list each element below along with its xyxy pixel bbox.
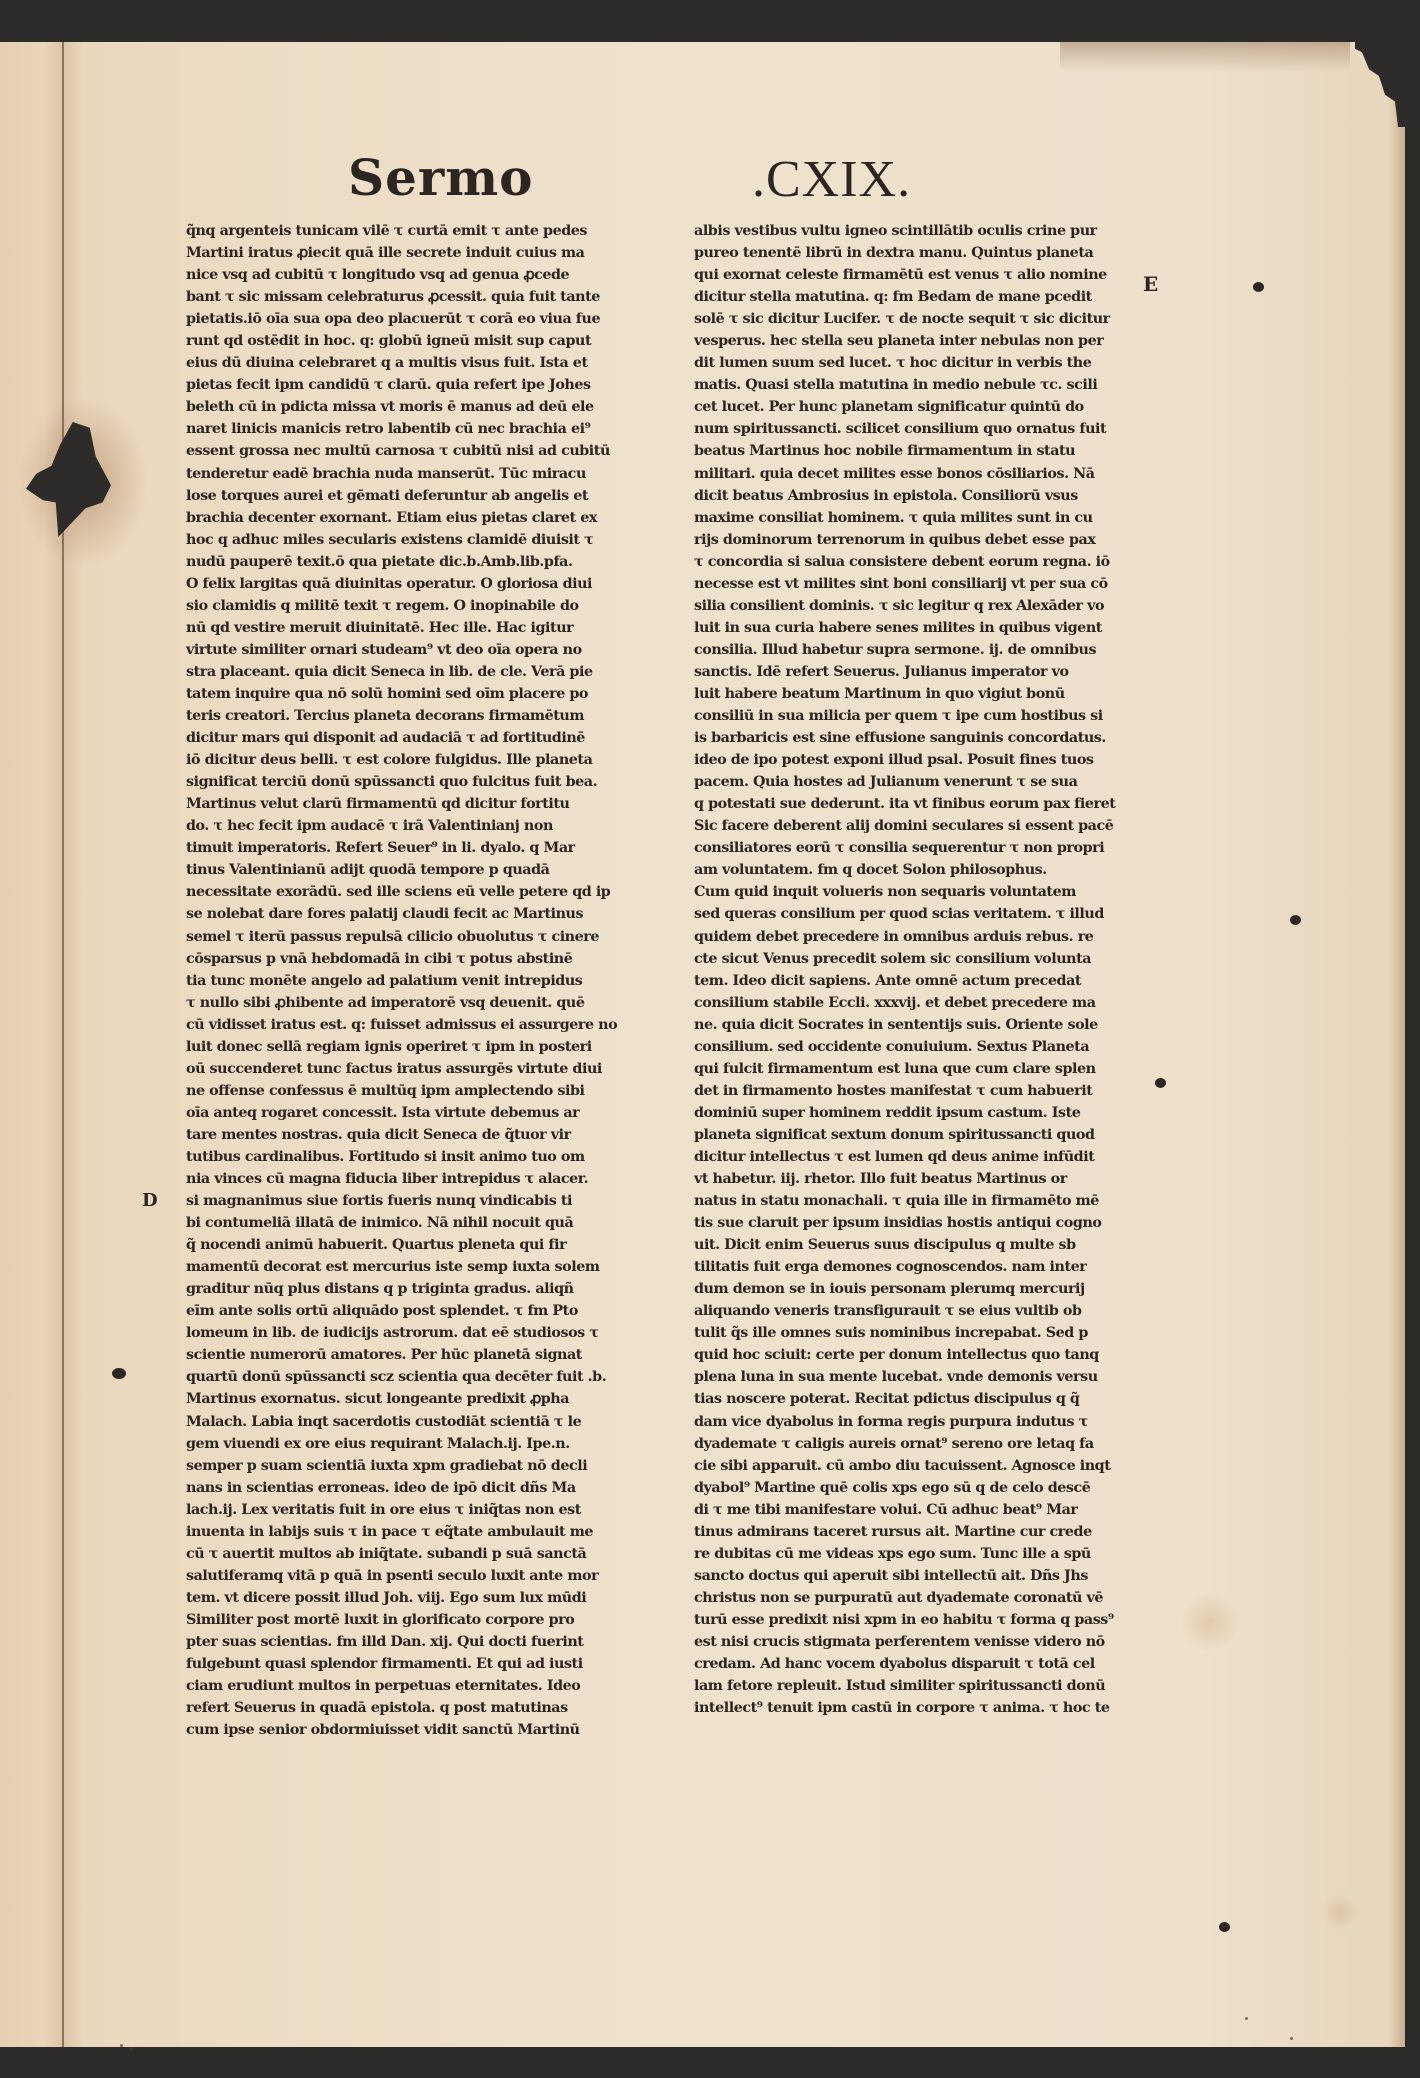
text-line: ideo de ipo potest exponi illud psal. Po… <box>694 749 1154 771</box>
text-line: τ nullo sibi ꝓhibente ad imperatorē vsq … <box>186 992 656 1014</box>
ink-dot <box>1155 1078 1166 1088</box>
text-line: credam. Ad hanc vocem dyabolus disparuit… <box>694 1653 1154 1675</box>
text-line: timuit imperatoris. Refert Seuer⁹ in li.… <box>186 837 656 859</box>
text-line: est nisi crucis stigmata perferentem ven… <box>694 1631 1154 1653</box>
text-line: sio clamidis q militē texit τ regem. O i… <box>186 595 656 617</box>
text-line: inuenta in labijs suis τ in pace τ eq̃ta… <box>186 1521 656 1543</box>
text-line: sancto doctus qui aperuit sibi intellect… <box>694 1565 1154 1587</box>
running-title: Sermo <box>348 148 534 207</box>
text-line: tilitatis fuit erga demones cognoscendos… <box>694 1256 1154 1278</box>
text-line: nū qd vestire meruit diuinitatē. Hec ill… <box>186 617 656 639</box>
text-line: cōsparsus p vnā hebdomadā in cibi τ potu… <box>186 948 656 970</box>
text-column-right: albis vestibus vultu igneo scintillātib … <box>694 220 1154 1719</box>
text-line: virtute similiter ornari studeam⁹ vt deo… <box>186 639 656 661</box>
text-line: q̃ nocendi animū habuerit. Quartus plene… <box>186 1234 656 1256</box>
text-line: si magnanimus siue fortis fueris nunq vi… <box>186 1190 656 1212</box>
text-line: num spiritussancti. scilicet consilium q… <box>694 418 1154 440</box>
text-line: tatem inquire qua nō solū homini sed oīm… <box>186 683 656 705</box>
text-line: qui exornat celeste firmamētū est venus … <box>694 264 1154 286</box>
text-line: teris creatori. Tercius planeta decorans… <box>186 705 656 727</box>
text-line: tia tunc monēte angelo ad palatium venit… <box>186 970 656 992</box>
top-edge-stain <box>1060 42 1350 72</box>
text-line: brachia decenter exornant. Etiam eius pi… <box>186 507 656 529</box>
running-title-text: Sermo <box>348 148 534 207</box>
text-line: Martinus velut clarū firmamentū qd dicit… <box>186 793 656 815</box>
text-line: dicitur mars qui disponit ad audaciā τ a… <box>186 727 656 749</box>
text-line: lose torques aurei et gēmati deferuntur … <box>186 485 656 507</box>
text-line: cū τ auertit multos ab iniq̃tate. suband… <box>186 1543 656 1565</box>
text-line: dicitur intellectus τ est lumen qd deus … <box>694 1146 1154 1168</box>
text-line: consilia. Illud habetur supra sermone. i… <box>694 639 1154 661</box>
text-line: bant τ sic missam celebraturus ꝓcessit. … <box>186 286 656 308</box>
text-line: qui fulcit firmamentum est luna que cum … <box>694 1058 1154 1080</box>
text-line: Martini iratus ꝓiecit quā ille secrete i… <box>186 242 656 264</box>
text-line: tem. Ideo dicit sapiens. Ante omnē actum… <box>694 970 1154 992</box>
text-line: sed queras consilium per quod scias veri… <box>694 903 1154 925</box>
text-line: pacem. Quia hostes ad Julianum venerunt … <box>694 771 1154 793</box>
text-line: plena luna in sua mente lucebat. vnde de… <box>694 1366 1154 1388</box>
text-line: iō dicitur deus belli. τ est colore fulg… <box>186 749 656 771</box>
text-line: am voluntatem. fm q docet Solon philosop… <box>694 859 1154 881</box>
text-line: consiliū in sua milicia per quem τ ipe c… <box>694 705 1154 727</box>
text-line: luit donec sellā regiam ignis operiret τ… <box>186 1036 656 1058</box>
text-line: pietatis.iō oīa sua opa deo placuerūt τ … <box>186 308 656 330</box>
text-line: maxime consiliat hominem. τ quia milites… <box>694 507 1154 529</box>
text-line: oū succenderet tunc factus iratus assurg… <box>186 1058 656 1080</box>
text-line: stra placeant. quia dicit Seneca in lib.… <box>186 661 656 683</box>
text-line: aliquando veneris transfigurauit τ se ei… <box>694 1300 1154 1322</box>
text-line: christus non se purpuratū aut dyademate … <box>694 1587 1154 1609</box>
text-line: mamentū decorat est mercurius iste semp … <box>186 1256 656 1278</box>
text-line: dum demon se in iouis personam plerumq m… <box>694 1278 1154 1300</box>
text-line: vesperus. hec stella seu planeta inter n… <box>694 330 1154 352</box>
text-line: hoc q adhuc miles secularis existens cla… <box>186 529 656 551</box>
text-line: fulgebunt quasi splendor firmamenti. Et … <box>186 1653 656 1675</box>
text-line: dominiū super hominem reddit ipsum castu… <box>694 1102 1154 1124</box>
text-line: do. τ hec fecit ipm audacē τ irā Valenti… <box>186 815 656 837</box>
text-line: tare mentes nostras. quia dicit Seneca d… <box>186 1124 656 1146</box>
speck <box>1290 2037 1293 2040</box>
text-line: Sic facere deberent alij domini seculare… <box>694 815 1154 837</box>
text-line: sanctis. Idē refert Seuerus. Julianus im… <box>694 661 1154 683</box>
speck <box>120 2044 123 2047</box>
text-line: planeta significat sextum donum spiritus… <box>694 1124 1154 1146</box>
text-line: eīm ante solis ortū aliquādo post splend… <box>186 1300 656 1322</box>
text-line: tias noscere poterat. Recitat pdictus di… <box>694 1388 1154 1410</box>
text-line: beatus Martinus hoc nobile firmamentum i… <box>694 440 1154 462</box>
text-line: nice vsq ad cubitū τ longitudo vsq ad ge… <box>186 264 656 286</box>
text-line: salutiferamq vitā p quā in psenti seculo… <box>186 1565 656 1587</box>
text-line: q potestati sue dederunt. ita vt finibus… <box>694 793 1154 815</box>
text-line: quartū donū spūssancti scz scientia qua … <box>186 1366 656 1388</box>
text-line: naret linicis manicis retro labentib cū … <box>186 418 656 440</box>
text-line: solē τ sic dicitur Lucifer. τ de nocte s… <box>694 308 1154 330</box>
text-line: nia vinces cū magna fiducia liber intrep… <box>186 1168 656 1190</box>
text-line: vt habetur. iij. rhetor. Illo fuit beatu… <box>694 1168 1154 1190</box>
gutter-fold-line <box>62 42 64 2047</box>
text-line: gem viuendi ex ore eius requirant Malach… <box>186 1433 656 1455</box>
text-line: cte sicut Venus precedit solem sic consi… <box>694 948 1154 970</box>
text-line: nudū pauperē texit.ō qua pietate dic.b.A… <box>186 551 656 573</box>
text-line: rijs dominorum terrenorum in quibus debe… <box>694 529 1154 551</box>
text-line: beleth cū in pdicta missa vt moris ē man… <box>186 396 656 418</box>
margin-letter-d: D <box>142 1190 158 1211</box>
text-line: tinus admirans taceret rursus ait. Marti… <box>694 1521 1154 1543</box>
text-line: di τ me tibi manifestare volui. Cū adhuc… <box>694 1499 1154 1521</box>
text-line: Cum quid inquit volueris non sequaris vo… <box>694 881 1154 903</box>
text-line: q̃nq argenteis tunicam vilē τ curtā emit… <box>186 220 656 242</box>
text-line: luit in sua curia habere senes milites i… <box>694 617 1154 639</box>
text-line: matis. Quasi stella matutina in medio ne… <box>694 374 1154 396</box>
text-line: refert Seuerus in quadā epistola. q post… <box>186 1697 656 1719</box>
text-line: cū vidisset iratus est. q: fuisset admis… <box>186 1014 656 1036</box>
text-line: cum ipse senior obdormiuisset vidit sanc… <box>186 1719 656 1741</box>
text-line: graditur nūq plus distans q p triginta g… <box>186 1278 656 1300</box>
foxing-spot <box>1320 1892 1360 1932</box>
text-line: Similiter post mortē luxit in glorificat… <box>186 1609 656 1631</box>
text-line: ne. quia dicit Socrates in sententijs su… <box>694 1014 1154 1036</box>
text-line: lam fetore repleuit. Istud similiter spi… <box>694 1675 1154 1697</box>
text-line: albis vestibus vultu igneo scintillātib … <box>694 220 1154 242</box>
text-line: scientie numerorū amatores. Per hūc plan… <box>186 1344 656 1366</box>
page-edge-shading <box>1387 42 1405 2047</box>
text-line: cet lucet. Per hunc planetam significatu… <box>694 396 1154 418</box>
text-line: lach.ij. Lex veritatis fuit in ore eius … <box>186 1499 656 1521</box>
text-line: oīa anteq rogaret concessit. Ista virtut… <box>186 1102 656 1124</box>
text-line: intellect⁹ tenuit ipm castū in corpore τ… <box>694 1697 1154 1719</box>
text-line: det in firmamento hostes manifestat τ cu… <box>694 1080 1154 1102</box>
text-line: consilium stabile Eccli. xxxvij. et debe… <box>694 992 1154 1014</box>
text-line: dicit beatus Ambrosius in epistola. Cons… <box>694 485 1154 507</box>
foxing-spot <box>1180 1592 1240 1652</box>
speck <box>130 2047 133 2050</box>
text-line: semper p suam scientiā iuxta xpm gradieb… <box>186 1455 656 1477</box>
text-line: O felix largitas quā diuinitas operatur.… <box>186 573 656 595</box>
text-line: essent grossa nec multū carnosa τ cubitū… <box>186 440 656 462</box>
speck <box>1245 2017 1248 2020</box>
text-line: eius dū diuina celebraret q a multis vis… <box>186 352 656 374</box>
text-line: semel τ iterū passus repulsā cilicio obu… <box>186 926 656 948</box>
text-line: Martinus exornatus. sicut longeante pred… <box>186 1388 656 1410</box>
text-line: consiliatores eorū τ consilia sequerentu… <box>694 837 1154 859</box>
text-line: bi contumeliā illatā de inimico. Nā nihi… <box>186 1212 656 1234</box>
ink-dot <box>1253 282 1264 292</box>
text-line: tis sue claruit per ipsum insidias hosti… <box>694 1212 1154 1234</box>
text-line: nans in scientias erroneas. ideo de ipō … <box>186 1477 656 1499</box>
text-line: pter suas scientias. fm illd Dan. xij. Q… <box>186 1631 656 1653</box>
text-line: Malach. Labia inqt sacerdotis custodiāt … <box>186 1411 656 1433</box>
text-line: tinus Valentinianū adijt quodā tempore p… <box>186 859 656 881</box>
text-line: dicitur stella matutina. q: fm Bedam de … <box>694 286 1154 308</box>
text-line: militari. quia decet milites esse bonos … <box>694 463 1154 485</box>
text-line: re dubitas cū me videas xps ego sum. Tun… <box>694 1543 1154 1565</box>
text-line: tenderetur eadē brachia nuda manserūt. T… <box>186 463 656 485</box>
text-line: dyabol⁹ Martine quē colis xps ego sū q d… <box>694 1477 1154 1499</box>
text-line: lomeum in lib. de iudicijs astrorum. dat… <box>186 1322 656 1344</box>
text-line: luit habere beatum Martinum in quo vigiu… <box>694 683 1154 705</box>
text-line: is barbaricis est sine effusione sanguin… <box>694 727 1154 749</box>
text-column-left: q̃nq argenteis tunicam vilē τ curtā emit… <box>186 220 656 1741</box>
text-line: quidem debet precedere in omnibus arduis… <box>694 926 1154 948</box>
text-line: ciam erudiunt multos in perpetuas eterni… <box>186 1675 656 1697</box>
text-line: ne offense confessus ē multūq ipm amplec… <box>186 1080 656 1102</box>
text-line: pureo tenentē librū in dextra manu. Quin… <box>694 242 1154 264</box>
text-line: dam vice dyabolus in forma regis purpura… <box>694 1411 1154 1433</box>
ink-dot <box>1290 915 1301 925</box>
text-line: turū esse predixit nisi xpm in eo habitu… <box>694 1609 1154 1631</box>
text-line: tulit q̃s ille omnes suis nominibus incr… <box>694 1322 1154 1344</box>
text-line: pietas fecit ipm candidū τ clarū. quia r… <box>186 374 656 396</box>
text-line: quid hoc sciuit: certe per donum intelle… <box>694 1344 1154 1366</box>
text-line: necesse est vt milites sint boni consili… <box>694 573 1154 595</box>
text-line: uit. Dicit enim Seuerus suus discipulus … <box>694 1234 1154 1256</box>
text-line: natus in statu monachali. τ quia ille in… <box>694 1190 1154 1212</box>
ink-dot <box>1219 1922 1230 1932</box>
text-line: tutibus cardinalibus. Fortitudo si insit… <box>186 1146 656 1168</box>
text-line: significat terciū donū spūssancti quo fu… <box>186 771 656 793</box>
text-line: dit lumen suum sed lucet. τ hoc dicitur … <box>694 352 1154 374</box>
text-line: cie sibi apparuit. cū ambo diu tacuissen… <box>694 1455 1154 1477</box>
text-line: necessitate exorādū. sed ille sciens eū … <box>186 881 656 903</box>
ink-dot <box>112 1368 126 1379</box>
text-line: dyademate τ caligis aureis ornat⁹ sereno… <box>694 1433 1154 1455</box>
text-line: silia consilient dominis. τ sic legitur … <box>694 595 1154 617</box>
text-line: consilium. sed occidente conuiuium. Sext… <box>694 1036 1154 1058</box>
text-line: runt qd ostēdit in hoc. q: globū igneū m… <box>186 330 656 352</box>
text-line: se nolebat dare fores palatij claudi fec… <box>186 903 656 925</box>
torn-corner <box>1355 42 1405 127</box>
text-line: tem. vt dicere possit illud Joh. viij. E… <box>186 1587 656 1609</box>
folio-number: .CXIX. <box>752 150 911 209</box>
text-line: τ concordia si salua consistere debent e… <box>694 551 1154 573</box>
